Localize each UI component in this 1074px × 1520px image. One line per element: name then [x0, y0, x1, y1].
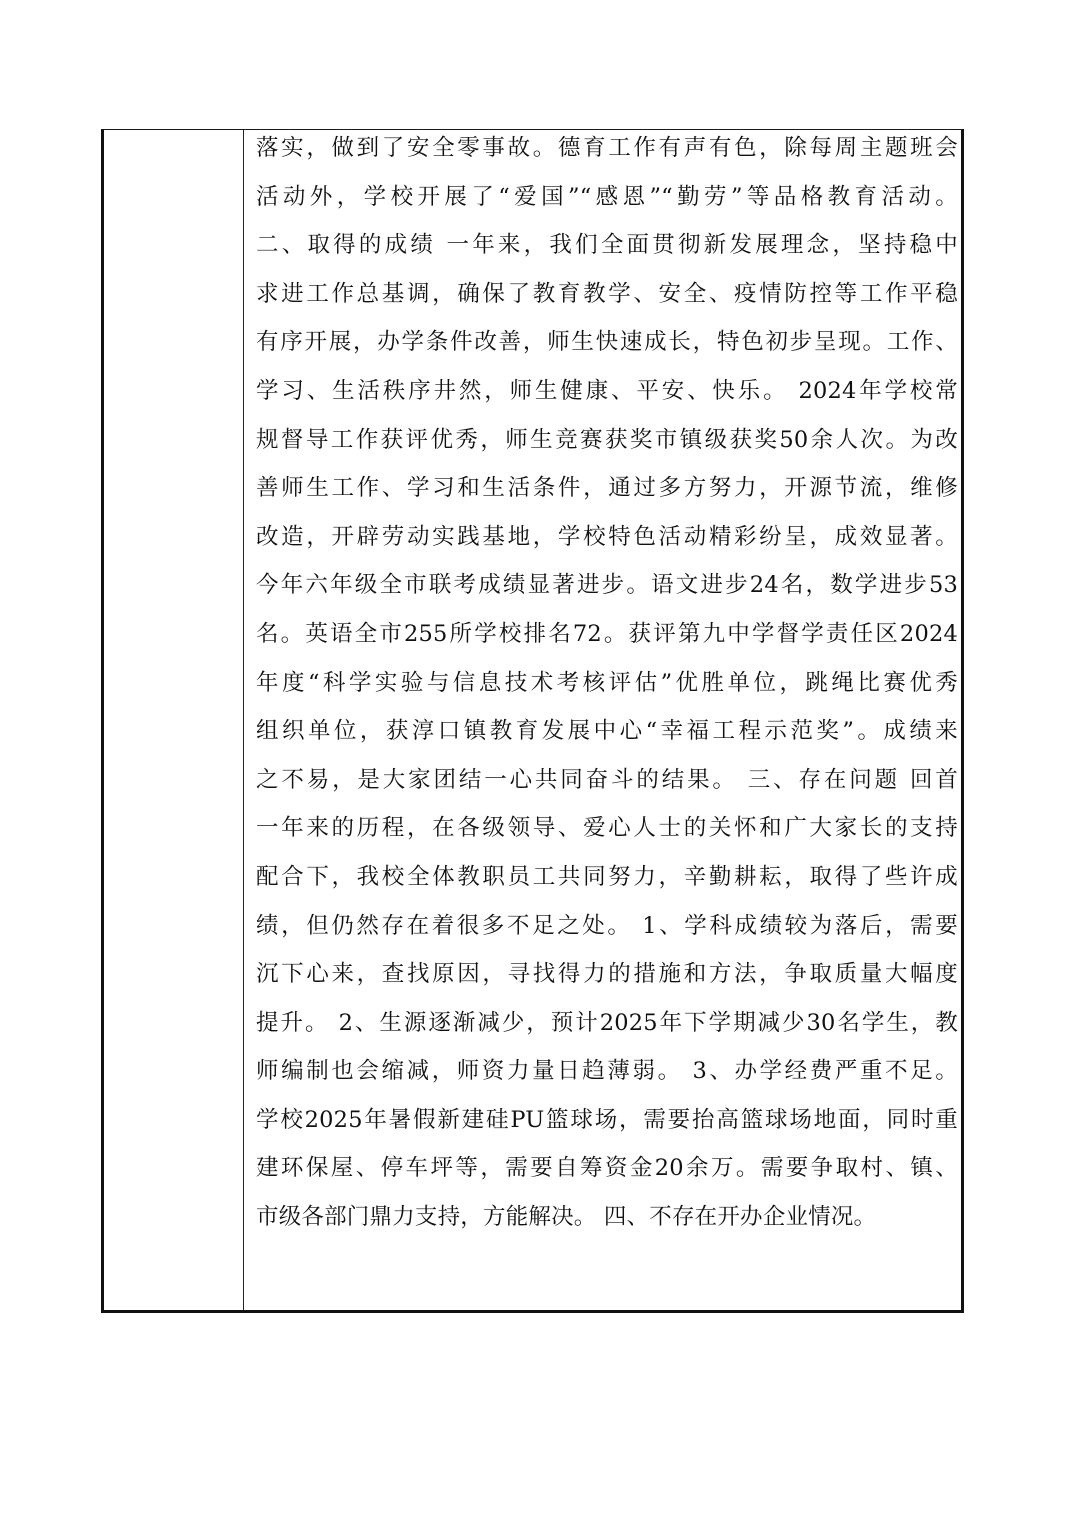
text-line: 提升。 2、生源逐渐减少，预计2025年下学期减少30名学生，教 — [256, 999, 958, 1048]
report-body-text: 落实，做到了安全零事故。德育工作有声有色，除每周主题班会 活动外，学校开展了“爱… — [256, 124, 958, 1242]
table-content-cell: 落实，做到了安全零事故。德育工作有声有色，除每周主题班会 活动外，学校开展了“爱… — [244, 130, 961, 1310]
text-line: 市级各部门鼎力支持，方能解决。 四、不存在开办企业情况。 — [256, 1193, 958, 1242]
text-line: 配合下，我校全体教职员工共同努力，辛勤耕耘，取得了些许成 — [256, 853, 958, 902]
text-line: 今年六年级全市联考成绩显著进步。语文进步24名，数学进步53 — [256, 561, 958, 610]
text-line: 沉下心来，查找原因，寻找得力的措施和方法，争取质量大幅度 — [256, 950, 958, 999]
text-line: 二、取得的成绩 一年来，我们全面贯彻新发展理念，坚持稳中 — [256, 221, 958, 270]
text-line: 建环保屋、停车坪等，需要自筹资金20余万。需要争取村、镇、 — [256, 1144, 958, 1193]
report-table: 落实，做到了安全零事故。德育工作有声有色，除每周主题班会 活动外，学校开展了“爱… — [101, 129, 964, 1313]
text-line: 学习、生活秩序井然，师生健康、平安、快乐。 2024年学校常 — [256, 367, 958, 416]
text-line: 年度“科学实验与信息技术考核评估”优胜单位，跳绳比赛优秀 — [256, 659, 958, 708]
text-line: 一年来的历程，在各级领导、爱心人士的关怀和广大家长的支持 — [256, 804, 958, 853]
text-line: 规督导工作获评优秀，师生竞赛获奖市镇级获奖50余人次。为改 — [256, 416, 958, 465]
text-line: 善师生工作、学习和生活条件，通过多方努力，开源节流，维修 — [256, 464, 958, 513]
text-line: 求进工作总基调，确保了教育教学、安全、疫情防控等工作平稳 — [256, 270, 958, 319]
document-page: 落实，做到了安全零事故。德育工作有声有色，除每周主题班会 活动外，学校开展了“爱… — [0, 0, 1074, 1520]
text-line: 改造，开辟劳动实践基地，学校特色活动精彩纷呈，成效显著。 — [256, 513, 958, 562]
text-line: 组织单位，获淳口镇教育发展中心“幸福工程示范奖”。成绩来 — [256, 707, 958, 756]
text-line: 之不易，是大家团结一心共同奋斗的结果。 三、存在问题 回首 — [256, 756, 958, 805]
text-line: 绩，但仍然存在着很多不足之处。 1、学科成绩较为落后，需要 — [256, 902, 958, 951]
table-label-cell — [104, 130, 244, 1310]
text-line: 有序开展，办学条件改善，师生快速成长，特色初步呈现。工作、 — [256, 318, 958, 367]
text-line: 名。英语全市255所学校排名72。获评第九中学督学责任区2024 — [256, 610, 958, 659]
text-line: 活动外，学校开展了“爱国”“感恩”“勤劳”等品格教育活动。 — [256, 173, 958, 222]
text-line: 学校2025年暑假新建硅PU篮球场，需要抬高篮球场地面，同时重 — [256, 1096, 958, 1145]
text-line: 师编制也会缩减，师资力量日趋薄弱。 3、办学经费严重不足。 — [256, 1047, 958, 1096]
text-line: 落实，做到了安全零事故。德育工作有声有色，除每周主题班会 — [256, 124, 958, 173]
